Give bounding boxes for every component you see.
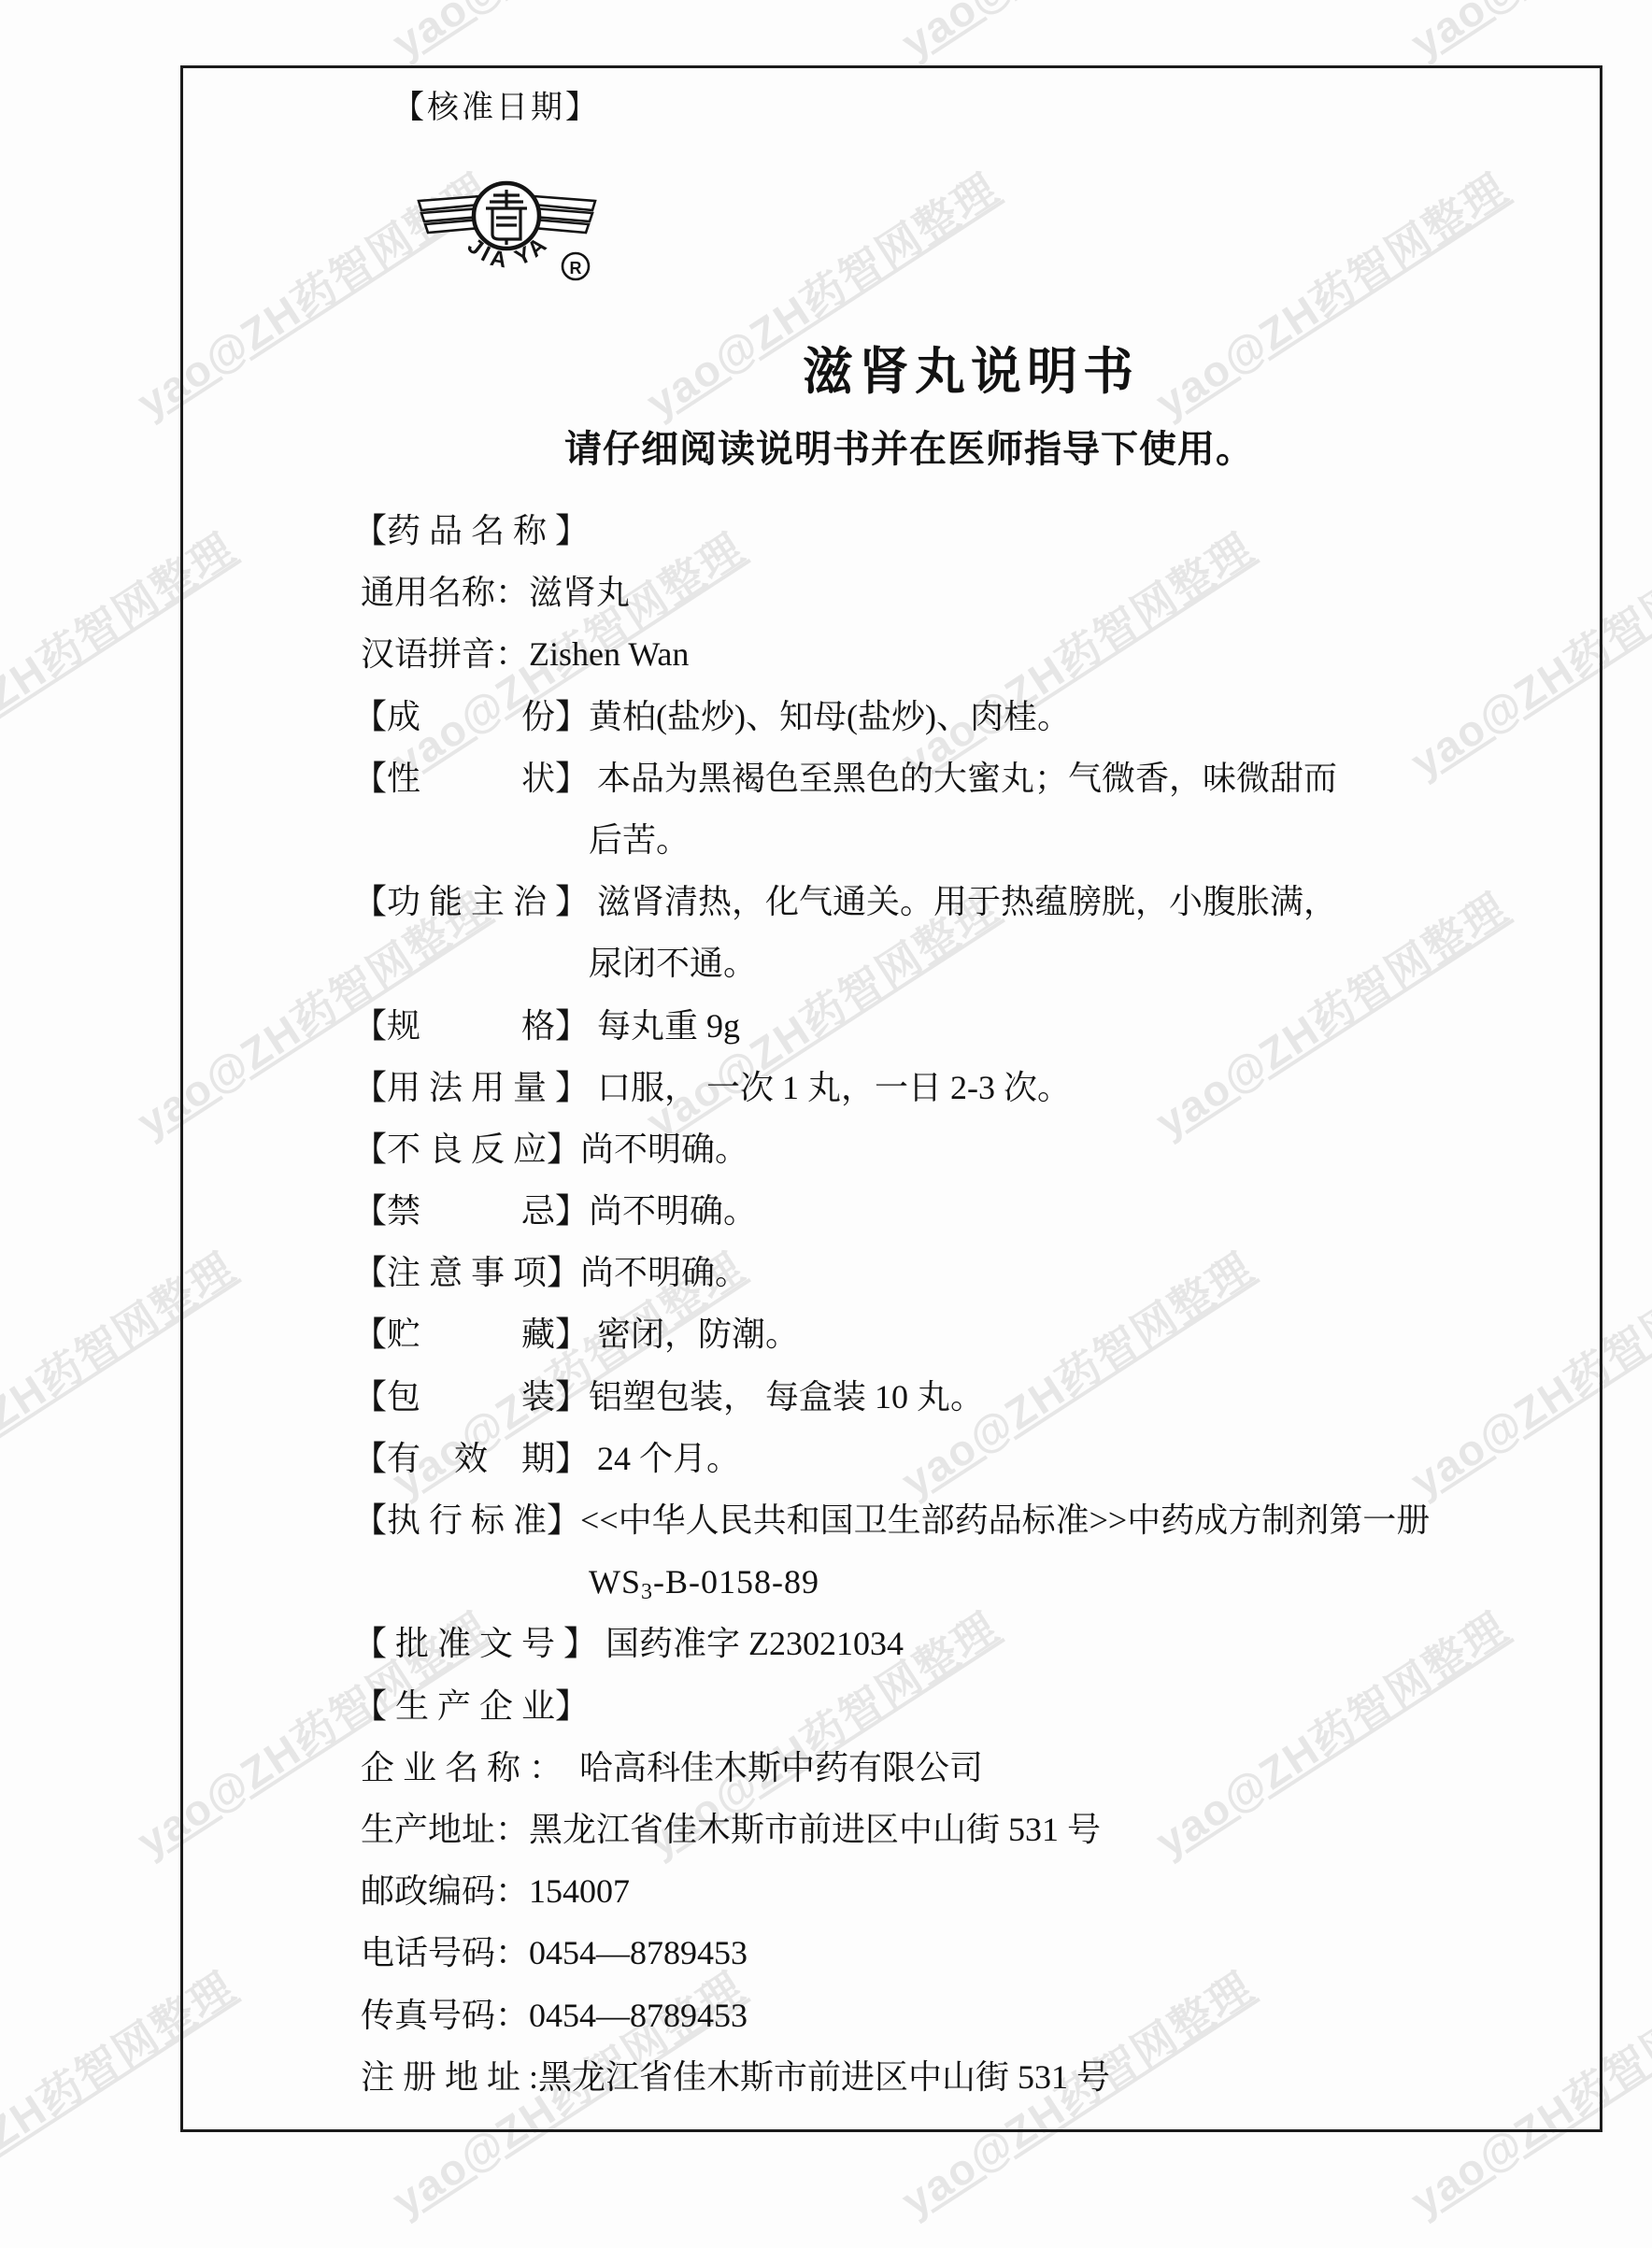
dosage: 【用 法 用 量 】 口服， 一次 1 丸，一日 2-3 次。 — [353, 1057, 1577, 1118]
manufacturer-heading: 【 生 产 企 业】 — [353, 1675, 1577, 1737]
watermark-text: yao@ZH药智网整理 — [378, 0, 755, 70]
specification: 【规 格】 每丸重 9g — [353, 995, 1577, 1057]
ingredients: 【成 份】黄柏(盐炒)、知母(盐炒)、肉桂。 — [353, 686, 1577, 747]
document-lines: 【药 品 名 称 】通用名称：滋肾丸汉语拼音：Zishen Wan【成 份】黄柏… — [353, 500, 1577, 2108]
phone-number: 电话号码：0454—8789453 — [353, 1922, 1577, 1984]
pinyin-name: 汉语拼音：Zishen Wan — [353, 623, 1577, 685]
contraindications: 【禁 忌】尚不明确。 — [353, 1180, 1577, 1242]
production-address: 生产地址：黑龙江省佳木斯市前进区中山街 531 号 — [353, 1799, 1577, 1860]
document-title: 滋肾丸说明书 — [803, 332, 1139, 404]
svg-text:R: R — [570, 259, 582, 277]
drug-name-heading: 【药 品 名 称 】 — [353, 500, 1577, 562]
document-subtitle: 请仔细阅读说明书并在医师指导下使用。 — [564, 420, 1254, 473]
fax-number: 传真号码：0454—8789453 — [353, 1985, 1577, 2046]
indications-continued: 尿闭不通。 — [353, 932, 1577, 994]
registered-trademark-icon: R — [563, 253, 589, 279]
watermark-text: yao@ZH药智网整理 — [888, 0, 1264, 70]
logo-left-wing — [419, 196, 480, 233]
adverse-reactions: 【不 良 反 应】尚不明确。 — [353, 1118, 1577, 1180]
instruction-leaflet-page: { "watermark": { "text": "yao@ZH药智网整理", … — [0, 0, 1652, 2248]
logo-right-wing — [534, 196, 595, 233]
jia-yao-logo: JIA YAO R — [411, 171, 603, 300]
registered-address: 注 册 地 址 :黑龙江省佳木斯市前进区中山街 531 号 — [353, 2046, 1577, 2108]
watermark-text: yao@ZH药智网整理 — [1397, 0, 1652, 70]
postal-code: 邮政编码：154007 — [353, 1860, 1577, 1922]
packaging: 【包 装】铝塑包装， 每盒装 10 丸。 — [353, 1366, 1577, 1428]
approval-date-label: 【核准日期】 — [392, 81, 600, 127]
storage: 【贮 藏】 密闭，防潮。 — [353, 1303, 1577, 1365]
watermark-text: yao@ZH药智网整理 — [0, 0, 246, 70]
indications: 【功 能 主 治 】 滋肾清热，化气通关。用于热蕴膀胱，小腹胀满， — [353, 871, 1577, 932]
generic-name: 通用名称：滋肾丸 — [353, 562, 1577, 623]
validity-period: 【有 效 期】 24 个月。 — [353, 1428, 1577, 1489]
document-border-frame: 【核准日期】 JIA YAO R — [180, 65, 1602, 2132]
properties-continued: 后苦。 — [353, 809, 1577, 871]
precautions: 【注 意 事 项】尚不明确。 — [353, 1242, 1577, 1303]
executive-standard: 【执 行 标 准】<<中华人民共和国卫生部药品标准>>中药成方制剂第一册 — [353, 1489, 1577, 1551]
properties: 【性 状】 本品为黑褐色至黑色的大蜜丸；气微香，味微甜而 — [353, 747, 1577, 809]
standard-code: WS3-B-0158-89 — [353, 1551, 1577, 1613]
company-name: 企 业 名 称 ： 哈高科佳木斯中药有限公司 — [353, 1737, 1577, 1799]
approval-number: 【 批 准 文 号 】 国药准字 Z23021034 — [353, 1613, 1577, 1674]
